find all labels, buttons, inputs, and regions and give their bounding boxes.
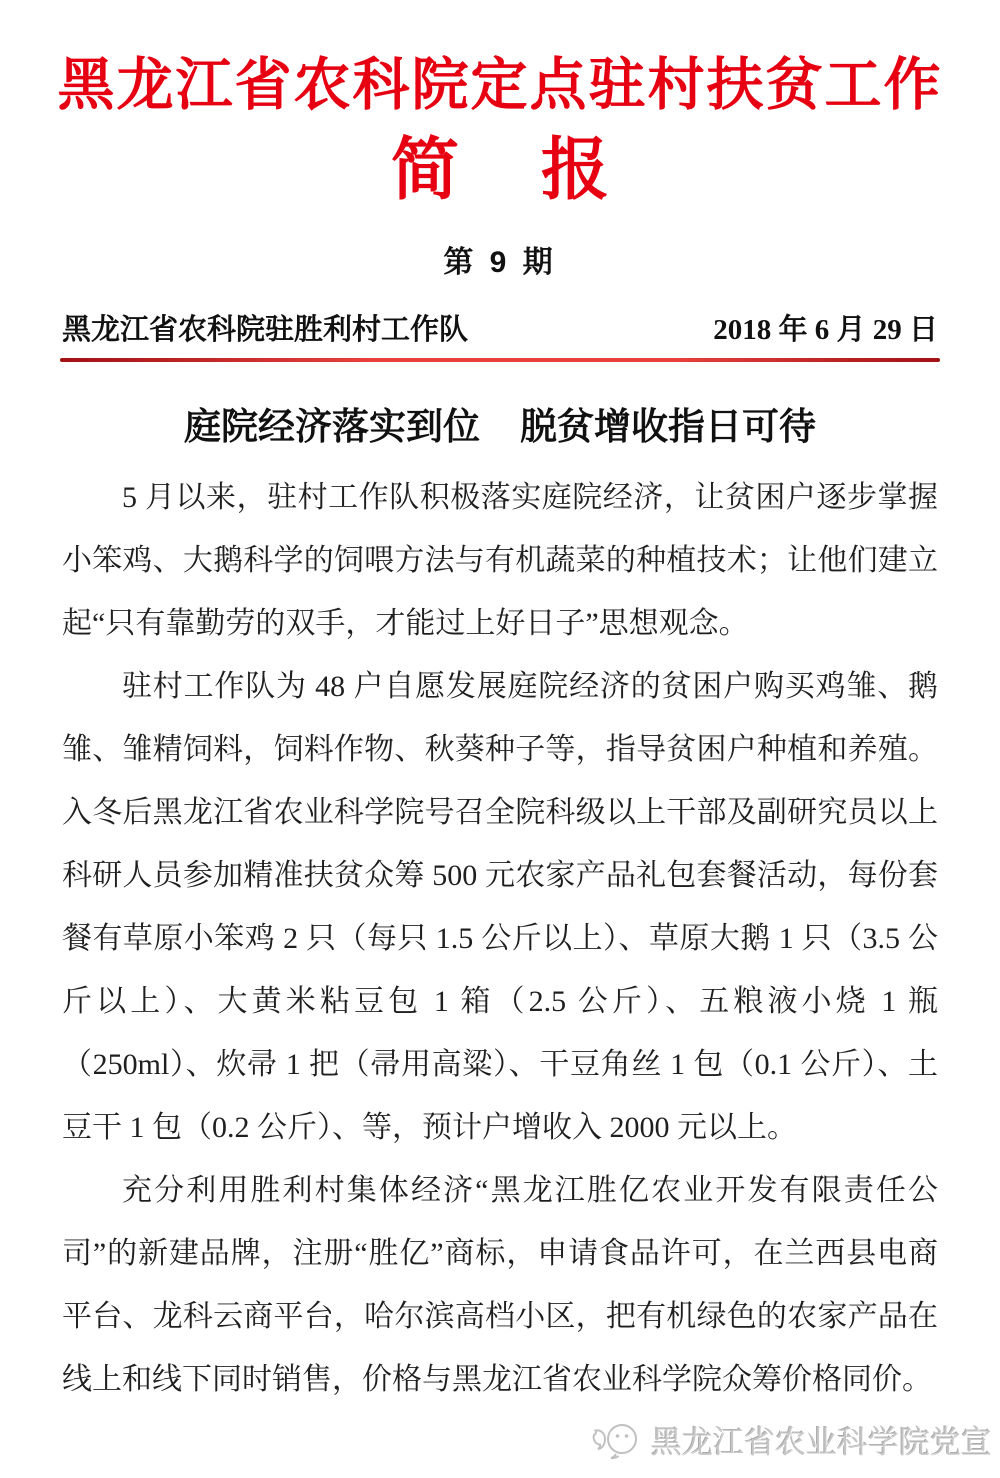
paragraph: 5 月以来，驻村工作队积极落实庭院经济，让贫困户逐步掌握小笨鸡、大鹅科学的饲喂方… bbox=[62, 466, 938, 655]
bulletin-name-char-2: 报 bbox=[541, 131, 609, 209]
paragraph: 驻村工作队为 48 户自愿发展庭院经济的贫困户购买鸡雏、鹅雏、雏精饲料，饲料作物… bbox=[62, 655, 938, 1159]
watermark-label: 黑龙江省农业科学院党宣 bbox=[651, 1417, 992, 1462]
issuer-row: 黑龙江省农科院驻胜利村工作队 2018 年 6 月 29 日 bbox=[0, 307, 1000, 348]
issue-date: 2018 年 6 月 29 日 bbox=[713, 307, 938, 348]
masthead-bulletin-name: 简 报 bbox=[0, 131, 1000, 209]
chat-bubbles-icon bbox=[591, 1419, 645, 1461]
article-title: 庭院经济落实到位 脱贫增收指日可待 bbox=[62, 396, 938, 450]
masthead: 黑龙江省农科院定点驻村扶贫工作 简 报 第 9 期 黑龙江省农科院驻胜利村工作队… bbox=[0, 0, 1000, 362]
red-divider-rule bbox=[60, 358, 940, 362]
bulletin-name-char-1: 简 bbox=[391, 131, 459, 209]
article: 庭院经济落实到位 脱贫增收指日可待 5 月以来，驻村工作队积极落实庭院经济，让贫… bbox=[0, 396, 1000, 1411]
masthead-title-line: 黑龙江省农科院定点驻村扶贫工作 bbox=[0, 50, 1000, 121]
issue-number: 第 9 期 bbox=[0, 237, 1000, 281]
paragraph: 充分利用胜利村集体经济“黑龙江胜亿农业开发有限责任公司”的新建品牌，注册“胜亿”… bbox=[62, 1159, 938, 1411]
article-body: 5 月以来，驻村工作队积极落实庭院经济，让贫困户逐步掌握小笨鸡、大鹅科学的饲喂方… bbox=[62, 466, 938, 1411]
article-title-part-2: 脱贫增收指日可待 bbox=[520, 396, 816, 450]
bulletin-page: 黑龙江省农科院定点驻村扶贫工作 简 报 第 9 期 黑龙江省农科院驻胜利村工作队… bbox=[0, 0, 1000, 1478]
article-title-part-1: 庭院经济落实到位 bbox=[184, 396, 480, 450]
issuer-name: 黑龙江省农科院驻胜利村工作队 bbox=[62, 307, 468, 348]
watermark: 黑龙江省农业科学院党宣 bbox=[591, 1417, 992, 1462]
